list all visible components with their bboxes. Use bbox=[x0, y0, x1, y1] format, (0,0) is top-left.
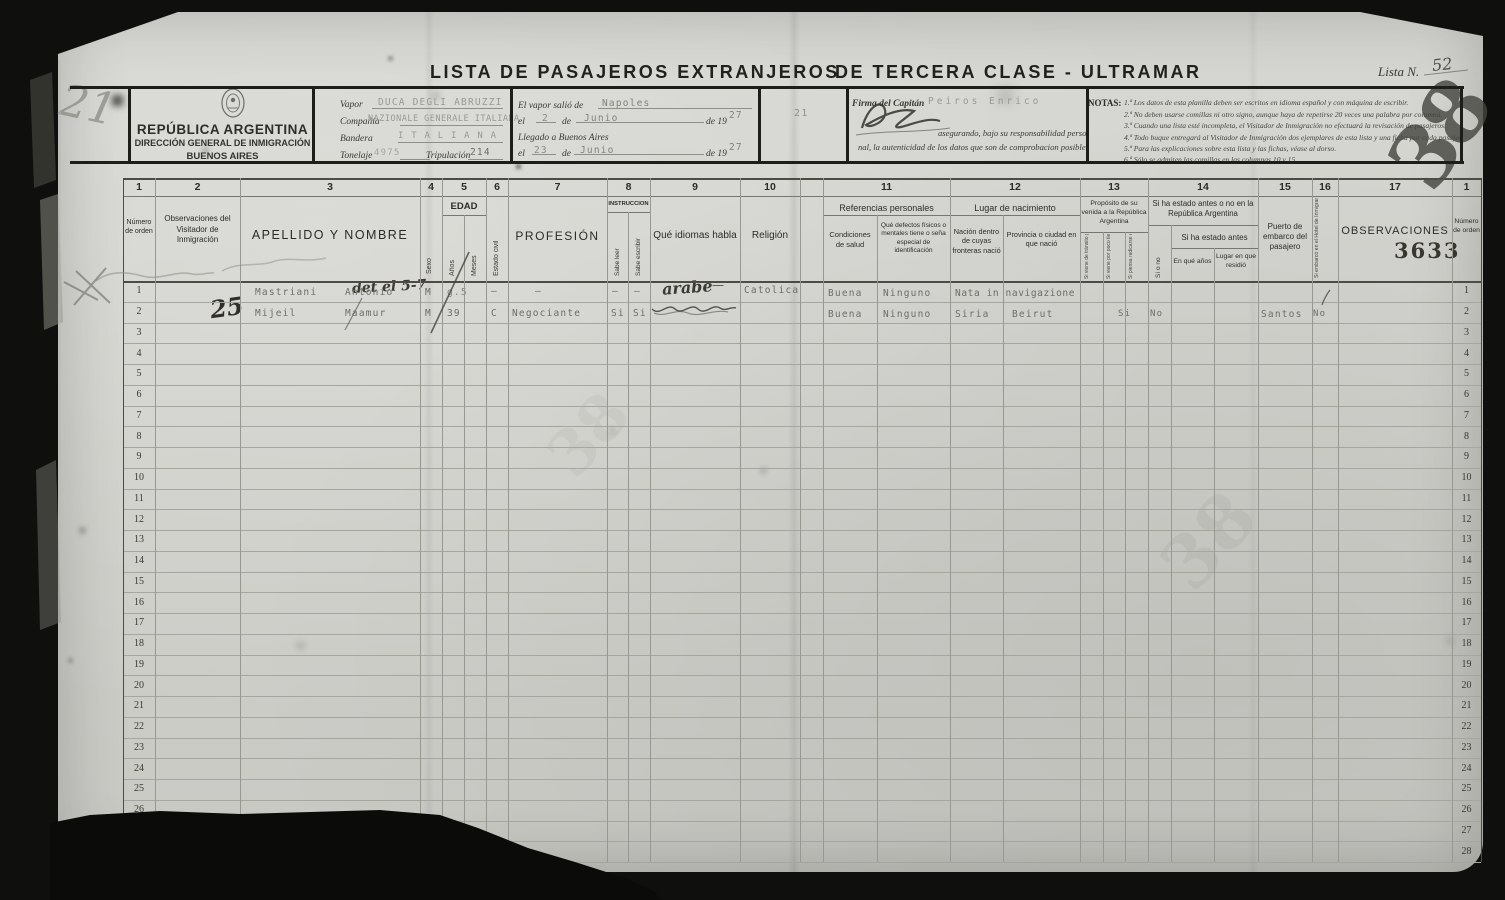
grid-line bbox=[1003, 215, 1004, 862]
row-number-left: 8 bbox=[123, 431, 155, 442]
row-number-left: 12 bbox=[123, 514, 155, 525]
grid-line bbox=[123, 323, 1481, 324]
grid-line bbox=[950, 215, 1080, 216]
col-num-5: 5 bbox=[442, 181, 486, 193]
col-header-edad: EDAD bbox=[442, 201, 486, 212]
row-number-right: 6 bbox=[1452, 389, 1481, 400]
grid-line bbox=[846, 88, 849, 161]
salio-year: 27 bbox=[729, 110, 743, 121]
grid-line bbox=[1460, 86, 1463, 161]
row2-sabe-leer: Si bbox=[611, 308, 625, 319]
lista-number-label: Lista N. bbox=[1378, 64, 1419, 80]
row-number-right: 14 bbox=[1452, 555, 1481, 566]
col-num-14: 14 bbox=[1148, 181, 1258, 193]
row-number-left: 1 bbox=[123, 285, 155, 296]
col-header-nacion: Nación dentro de cuyas fronteras nació bbox=[952, 227, 1001, 255]
col-num-3: 3 bbox=[240, 181, 420, 193]
vapor-value: DUCA DEGLI ABRUZZI bbox=[378, 97, 503, 108]
row2-apellido: Mijeil bbox=[255, 308, 297, 319]
row1-sabe-escribir: — bbox=[634, 286, 641, 297]
row1-sabe-leer: — bbox=[612, 286, 619, 297]
col-num-12: 12 bbox=[950, 181, 1080, 193]
row2-hotel: No bbox=[1313, 309, 1326, 319]
grid-line bbox=[628, 212, 629, 862]
col-header-si-o-no: Sí o no bbox=[1155, 232, 1162, 278]
grid-line bbox=[1086, 88, 1089, 161]
grid-line bbox=[468, 159, 503, 160]
grid-line bbox=[123, 426, 1481, 427]
row-number-right: 21 bbox=[1452, 700, 1481, 711]
row-number-right: 25 bbox=[1452, 783, 1481, 794]
col-header-lugar-residio: Lugar en que residió bbox=[1215, 253, 1257, 270]
row2-sexo: M bbox=[425, 308, 432, 319]
grid-line bbox=[123, 468, 1481, 469]
nota-item: 4.ª Todo buque entregará al Visitador de… bbox=[1124, 133, 1460, 142]
de-label2: de bbox=[562, 149, 571, 159]
row2-profesion: Negociante bbox=[512, 308, 581, 319]
row2-provincia: Beirut bbox=[1012, 309, 1054, 320]
nota-item: 5.ª Para las explicaciones sobre esta li… bbox=[1124, 144, 1336, 153]
grid-line bbox=[123, 196, 1481, 197]
col-header-apellido-nombre: APELLIDO Y NOMBRE bbox=[240, 228, 420, 242]
col-num-2: 2 bbox=[155, 181, 240, 193]
grid-line bbox=[123, 717, 1481, 718]
row1-nombre: Antonio bbox=[345, 287, 393, 298]
row2-puerto-embarco: Santos bbox=[1261, 309, 1303, 320]
col-header-condiciones-salud: Condiciones de salud bbox=[825, 230, 875, 249]
org-country: REPÚBLICA ARGENTINA bbox=[120, 122, 325, 137]
row2-salud: Buena bbox=[828, 309, 863, 320]
grid-line bbox=[123, 551, 1481, 552]
row-number-left: 15 bbox=[123, 576, 155, 587]
side-cell-21: 21 bbox=[794, 108, 808, 119]
col-header-religion: Religión bbox=[740, 230, 800, 241]
grid-line bbox=[532, 154, 556, 155]
col-header-estado-antes-grupo: Si ha estado antes o no en la República … bbox=[1150, 199, 1256, 219]
grid-line bbox=[123, 302, 1481, 303]
row-number-left: 23 bbox=[123, 742, 155, 753]
grid-line bbox=[123, 655, 1481, 656]
grid-line bbox=[740, 178, 741, 862]
paper-stains bbox=[0, 0, 1, 1]
row1-sexo: M bbox=[425, 287, 432, 298]
stamp-3633: 3633 bbox=[1394, 238, 1460, 263]
grid-line bbox=[607, 178, 608, 862]
row-number-left: 3 bbox=[123, 327, 155, 338]
grid-line bbox=[1481, 178, 1482, 862]
grid-line bbox=[1338, 178, 1339, 862]
row-number-right: 20 bbox=[1452, 680, 1481, 691]
row1-salud: Buena bbox=[828, 288, 863, 299]
de19-label: de 19 bbox=[706, 117, 727, 127]
nota-item: 2.ª No deben usarse comillas ni otro sig… bbox=[1124, 110, 1442, 119]
paper-crease bbox=[788, 12, 800, 872]
row-number-left: 26 bbox=[123, 804, 155, 815]
grid-line bbox=[123, 613, 1481, 614]
row1-nacion: Nata in navigazione bbox=[955, 288, 1075, 299]
row-number-left: 19 bbox=[123, 659, 155, 670]
row-number-left: 9 bbox=[123, 451, 155, 462]
grid-line bbox=[576, 122, 704, 123]
col-header-numero-orden: Número de orden bbox=[123, 218, 155, 236]
grid-line bbox=[155, 178, 156, 862]
grid-line bbox=[1148, 225, 1258, 226]
captain-typed-name: Peiros Enrico bbox=[928, 96, 1041, 107]
row2-estado-antes: No bbox=[1150, 309, 1163, 319]
grid-line bbox=[510, 88, 513, 161]
col-num-8: 8 bbox=[607, 181, 650, 193]
grid-line bbox=[877, 215, 878, 862]
col-num-right-1: 1 bbox=[1452, 181, 1481, 193]
grid-line bbox=[950, 178, 951, 862]
tripulacion-label: Tripulación bbox=[426, 151, 470, 161]
col-header-observaciones-visitador: Observaciones del Visitador de Inmigraci… bbox=[157, 214, 238, 246]
grid-line bbox=[400, 159, 430, 160]
grid-line bbox=[123, 800, 1481, 801]
row-number-left: 11 bbox=[123, 493, 155, 504]
row-number-right: 13 bbox=[1452, 534, 1481, 545]
row-number-right: 10 bbox=[1452, 472, 1481, 483]
coat-of-arms-icon bbox=[219, 87, 247, 126]
row2-nombre: Maamur bbox=[345, 308, 387, 319]
grid-line bbox=[1258, 178, 1259, 862]
de-label: de bbox=[562, 117, 571, 127]
row-number-left: 20 bbox=[123, 680, 155, 691]
row-number-left: 24 bbox=[123, 763, 155, 774]
row-number-right: 12 bbox=[1452, 514, 1481, 525]
row-number-right: 2 bbox=[1452, 306, 1481, 317]
grid-line bbox=[598, 108, 752, 109]
grid-line bbox=[1080, 232, 1148, 233]
grid-line bbox=[1148, 178, 1149, 862]
col-header-proposito-sub1: Si viene de tránsito para otro país bbox=[1084, 234, 1100, 279]
grid-line bbox=[486, 178, 487, 862]
grid-line bbox=[464, 215, 465, 862]
grid-line bbox=[1312, 178, 1313, 862]
grid-line bbox=[1171, 225, 1172, 862]
row-number-right: 24 bbox=[1452, 763, 1481, 774]
row-number-left: 2 bbox=[123, 306, 155, 317]
grid-line bbox=[123, 530, 1481, 531]
grid-line bbox=[123, 758, 1481, 759]
grid-line bbox=[123, 447, 1481, 448]
bandera-label: Bandera bbox=[340, 134, 373, 144]
row-number-left: 6 bbox=[123, 389, 155, 400]
grid-line bbox=[123, 696, 1481, 697]
grid-line bbox=[420, 178, 421, 862]
grid-line bbox=[123, 343, 1481, 344]
col-num-9: 9 bbox=[650, 181, 740, 193]
grid-line bbox=[123, 841, 1481, 842]
grid-line bbox=[123, 592, 1481, 593]
row-number-right: 5 bbox=[1452, 368, 1481, 379]
captain-label: Firma del Capitán bbox=[852, 99, 924, 109]
col-num-4: 4 bbox=[420, 181, 442, 193]
row-number-left: 10 bbox=[123, 472, 155, 483]
grid-line bbox=[508, 178, 509, 862]
grid-line bbox=[758, 88, 761, 161]
row-number-right: 26 bbox=[1452, 804, 1481, 815]
notas-label: NOTAS: bbox=[1088, 98, 1121, 108]
grid-line bbox=[312, 88, 315, 161]
grid-line bbox=[123, 675, 1481, 676]
row-number-left: 18 bbox=[123, 638, 155, 649]
grid-line bbox=[1125, 232, 1126, 862]
row1-profesion: — bbox=[535, 286, 542, 297]
col-header-profesion: PROFESIÓN bbox=[508, 229, 607, 243]
row-number-right: 28 bbox=[1452, 846, 1481, 857]
grid-line bbox=[800, 178, 801, 862]
org-office: DIRECCIÓN GENERAL DE INMIGRACIÓN bbox=[115, 138, 330, 148]
row-number-right: 27 bbox=[1452, 825, 1481, 836]
tripulacion-value: 214 bbox=[470, 147, 491, 158]
grid-line bbox=[442, 178, 443, 862]
grid-line bbox=[123, 385, 1481, 386]
col-num-13: 13 bbox=[1080, 181, 1148, 193]
row-number-left: 16 bbox=[123, 597, 155, 608]
llegado-label: Llegado a Buenos Aires bbox=[518, 133, 609, 143]
grid-line bbox=[123, 489, 1481, 490]
row-number-left: 21 bbox=[123, 700, 155, 711]
col-header-proposito: Propósito de su venida a la República Ar… bbox=[1081, 200, 1147, 226]
col-num-11: 11 bbox=[823, 181, 950, 193]
grid-line bbox=[400, 125, 503, 126]
col-num-1: 1 bbox=[123, 181, 155, 193]
row-number-left: 13 bbox=[123, 534, 155, 545]
page-title-left: LISTA DE PASAJEROS EXTRANJEROS bbox=[430, 62, 840, 83]
grid-line bbox=[123, 572, 1481, 573]
col-num-10: 10 bbox=[740, 181, 800, 193]
row1-idiomas-handwritten: arabe bbox=[661, 276, 713, 298]
col-header-puerto-embarco: Puerto de embarco del pasajero bbox=[1260, 222, 1310, 252]
grid-line bbox=[650, 178, 651, 862]
grid-line bbox=[574, 154, 704, 155]
col-header-en-que-anos: En qué años bbox=[1172, 258, 1213, 267]
grid-line bbox=[123, 406, 1481, 407]
nota-item: 1.ª Los datos de esta planilla deben ser… bbox=[1124, 98, 1408, 107]
grid-line bbox=[70, 161, 1464, 164]
salio-label: El vapor salió de bbox=[518, 101, 583, 111]
row-number-left: 5 bbox=[123, 368, 155, 379]
row-number-right: 8 bbox=[1452, 431, 1481, 442]
grid-line bbox=[123, 178, 1481, 180]
col-num-16: 16 bbox=[1312, 181, 1338, 193]
col-header-estado-civil: Estado civil bbox=[493, 220, 500, 276]
el-label: el bbox=[518, 117, 525, 127]
col-header-observaciones: OBSERVACIONES bbox=[1338, 225, 1452, 237]
grid-line bbox=[823, 215, 950, 216]
row-number-right: 7 bbox=[1452, 410, 1481, 421]
col-header-sexo: Sexo bbox=[426, 222, 433, 274]
col-header-sabe-escribir: Sabe escribir bbox=[635, 218, 642, 276]
grid-line bbox=[398, 142, 503, 143]
col-num-15: 15 bbox=[1258, 181, 1312, 193]
grid-line bbox=[123, 509, 1481, 510]
grid-line bbox=[70, 86, 1464, 89]
grid-line bbox=[372, 108, 503, 109]
el-label2: el bbox=[518, 149, 525, 159]
grid-line bbox=[123, 364, 1481, 365]
row2-sabe-escribir: Si bbox=[633, 308, 647, 319]
row-number-left: 14 bbox=[123, 555, 155, 566]
row-number-right: 1 bbox=[1452, 285, 1481, 296]
de19-label2: de 19 bbox=[706, 149, 727, 159]
grid-line bbox=[123, 738, 1481, 739]
row-number-left: 4 bbox=[123, 348, 155, 359]
row-number-right: 4 bbox=[1452, 348, 1481, 359]
page-title-right: DE TERCERA CLASE - ULTRAMAR bbox=[835, 62, 1202, 83]
col-header-lugar-nacimiento: Lugar de nacimiento bbox=[950, 203, 1080, 213]
grid-line bbox=[123, 281, 1481, 283]
compania-value: NAZIONALE GENERALE ITALIANA bbox=[368, 114, 520, 124]
row-number-left: 25 bbox=[123, 783, 155, 794]
scanned-passenger-list-photo: LISTA DE PASAJEROS EXTRANJEROS DE TERCER… bbox=[0, 0, 1505, 900]
row-number-right: 16 bbox=[1452, 597, 1481, 608]
row1-apellido: Mastriani bbox=[255, 287, 317, 298]
col-header-defectos: Qué defectos físicos o mentales tiene o … bbox=[879, 222, 948, 255]
row2-nacion: Siria bbox=[955, 309, 990, 320]
grid-line bbox=[1080, 178, 1081, 862]
row-number-right: 18 bbox=[1452, 638, 1481, 649]
vapor-label: Vapor bbox=[340, 100, 363, 110]
col-header-meses: Meses bbox=[471, 228, 478, 276]
llegado-year: 27 bbox=[729, 142, 743, 153]
row-number-right: 22 bbox=[1452, 721, 1481, 732]
col-header-si-ha-estado-antes: Si ha estado antes bbox=[1171, 233, 1258, 242]
row-number-right: 19 bbox=[1452, 659, 1481, 670]
row-number-right: 11 bbox=[1452, 493, 1481, 504]
row1-estado-civil: — bbox=[491, 286, 498, 297]
row1-religion: Catolica bbox=[744, 285, 799, 296]
col-header-numero-orden-right: Número de orden bbox=[1452, 218, 1481, 236]
tonelaje-label: Tonelaje bbox=[340, 151, 372, 161]
grid-line bbox=[123, 821, 1481, 822]
row1-defectos: Ninguno bbox=[883, 288, 931, 299]
row-number-left: 22 bbox=[123, 721, 155, 732]
grid-line bbox=[1214, 248, 1215, 862]
grid-line bbox=[123, 862, 1481, 863]
captain-oath-line2: nal, la autenticidad de los datos que so… bbox=[858, 142, 1088, 152]
row-number-left: 7 bbox=[123, 410, 155, 421]
grid-line bbox=[823, 178, 824, 862]
col-header-anos: Años bbox=[449, 228, 456, 276]
row-number-right: 9 bbox=[1452, 451, 1481, 462]
grid-line bbox=[128, 88, 131, 161]
grid-line bbox=[1103, 232, 1104, 862]
row2-defectos: Ninguno bbox=[883, 309, 931, 320]
col-header-proposito-sub2: Si viene por poco tiempo al país bbox=[1106, 234, 1122, 279]
col-header-sabe-leer: Sabe leer bbox=[614, 222, 621, 276]
col-header-proposito-sub3: Si piensa radicarse en la R. Argentina bbox=[1128, 234, 1144, 279]
col-header-instruccion: INSTRUCCION bbox=[607, 201, 650, 207]
row-number-left: 17 bbox=[123, 617, 155, 628]
col-header-idiomas: Qué idiomas habla bbox=[650, 230, 740, 241]
notas-box: NOTAS: 1.ª Los datos de esta planilla de… bbox=[1086, 95, 1460, 161]
col-header-referencias: Referencias personales bbox=[823, 203, 950, 213]
col-header-provincia: Provincia o ciudad en que nació bbox=[1005, 230, 1078, 249]
grid-line bbox=[123, 779, 1481, 780]
row-number-right: 23 bbox=[1452, 742, 1481, 753]
grid-line bbox=[240, 178, 241, 862]
paper-crease bbox=[424, 12, 434, 872]
grid-line bbox=[123, 634, 1481, 635]
row-number-right: 17 bbox=[1452, 617, 1481, 628]
col-num-7: 7 bbox=[508, 181, 607, 193]
col-num-6: 6 bbox=[486, 181, 508, 193]
col-num-17: 17 bbox=[1338, 181, 1452, 193]
tonelaje-value: 4975 bbox=[374, 148, 400, 158]
row2-estado-civil: C bbox=[491, 308, 498, 319]
row-number-right: 3 bbox=[1452, 327, 1481, 338]
bandera-value: I T A L I A N A bbox=[398, 131, 497, 141]
row2-anos: 39 bbox=[447, 308, 461, 319]
captain-oath-line1: asegurando, bajo su responsabilidad pers… bbox=[938, 128, 1089, 138]
grid-line bbox=[536, 122, 556, 123]
col-header-hotel-inmigrantes: Si embarcó en el Hotel de Inmigrantes ac… bbox=[1314, 198, 1336, 278]
row-number-right: 15 bbox=[1452, 576, 1481, 587]
nota-item: 3.ª Cuando una lista esté incompleta, el… bbox=[1124, 121, 1446, 130]
